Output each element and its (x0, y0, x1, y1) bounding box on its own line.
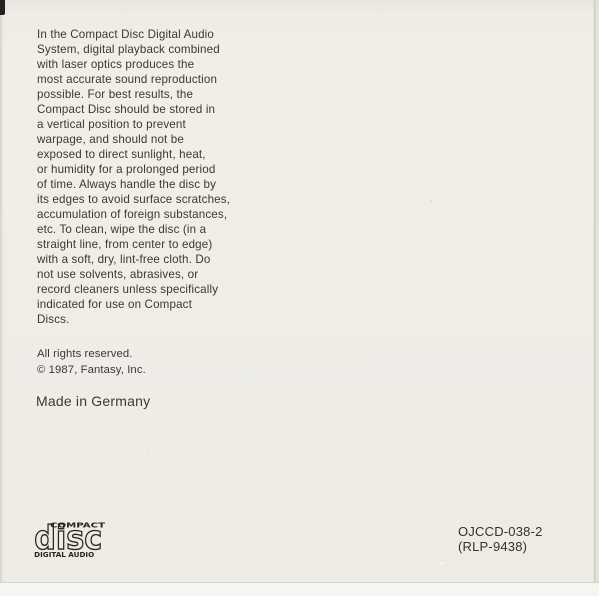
paper-speck (430, 200, 433, 202)
compact-disc-logo-icon: COMPACT disc DIGITAL AUDIO (33, 517, 107, 558)
catalog-number: OJCCD-038-2 (RLP-9438) (458, 524, 543, 554)
disc-care-instructions-text: In the Compact Disc Digital Audio System… (37, 27, 287, 327)
scan-corner-artifact (0, 0, 5, 15)
copyright-notice: All rights reserved. © 1987, Fantasy, In… (37, 347, 146, 378)
scan-bottom-edge (0, 582, 599, 596)
cd-insert-back-page: In the Compact Disc Digital Audio System… (0, 0, 599, 596)
compact-disc-digital-audio-logo: COMPACT disc DIGITAL AUDIO (33, 517, 107, 558)
paper-speck (146, 452, 148, 454)
made-in-germany-text: Made in Germany (36, 393, 150, 409)
logo-digital-audio-text: DIGITAL AUDIO (34, 551, 94, 558)
paper-speck (440, 562, 444, 565)
scan-left-edge-shadow (0, 0, 3, 583)
